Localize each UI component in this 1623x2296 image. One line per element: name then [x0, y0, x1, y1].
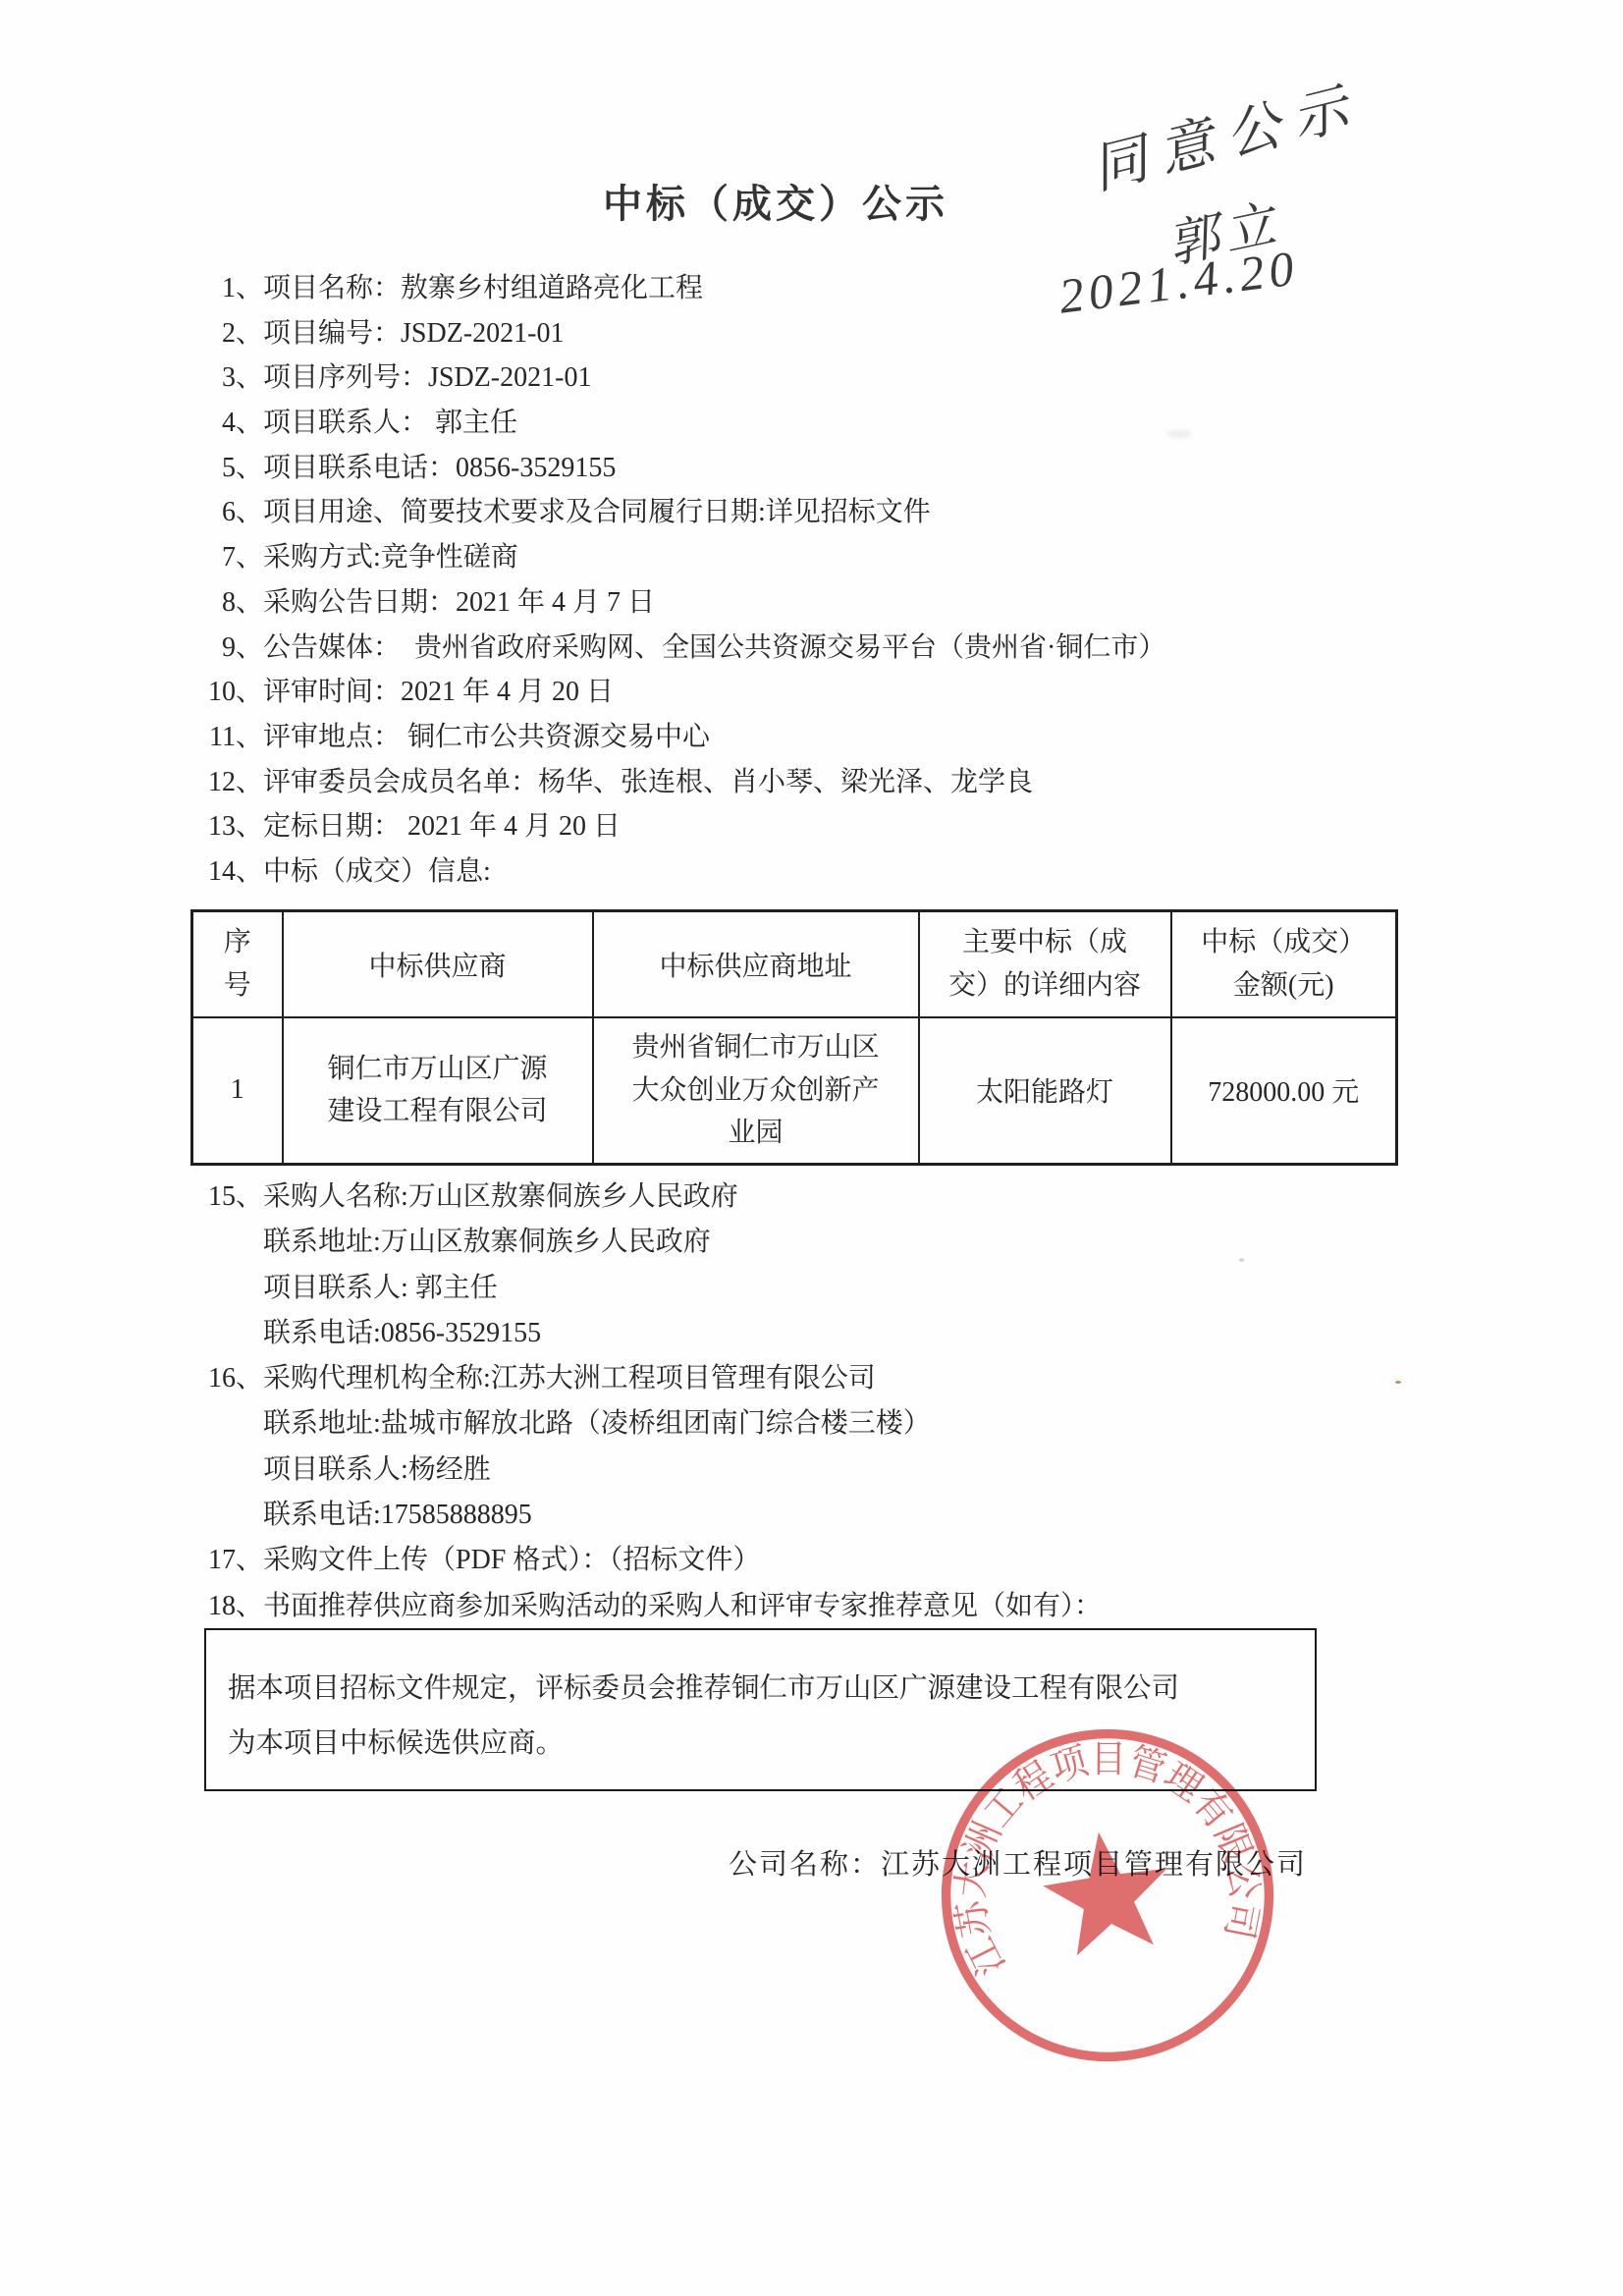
item-number: 13、: [192, 804, 263, 849]
item-number: 7、: [192, 535, 263, 580]
list-subitem: 联系地址:万山区敖寨侗族乡人民政府: [192, 1220, 1102, 1265]
item-number: 4、: [192, 401, 263, 446]
item-text: 中标（成交）信息:: [263, 849, 491, 895]
list-subitem: 联系电话:17585888895: [192, 1493, 1102, 1538]
list-item: 9、公告媒体： 贵州省政府采购网、全国公共资源交易平台（贵州省·铜仁市）: [192, 626, 1165, 671]
item-number: 3、: [192, 355, 263, 401]
scan-smudge: [1166, 430, 1192, 438]
list-item: 14、中标（成交）信息:: [192, 849, 1165, 895]
item-text: 项目联系电话：0856-3529155: [263, 446, 616, 491]
cell-amount: 728000.00 元: [1171, 1017, 1397, 1165]
list-item: 2、项目编号：JSDZ-2021-01: [192, 311, 1165, 356]
list-subitem: 联系电话:0856-3529155: [192, 1311, 1102, 1356]
item-number: 11、: [192, 715, 263, 760]
list-item: 15、采购人名称:万山区敖寨侗族乡人民政府: [192, 1175, 1102, 1220]
list-item: 4、项目联系人： 郭主任: [192, 401, 1165, 446]
info-list-2: 15、采购人名称:万山区敖寨侗族乡人民政府 联系地址:万山区敖寨侗族乡人民政府 …: [192, 1175, 1102, 1629]
item-number: 10、: [192, 670, 263, 715]
header-amount: 中标（成交）金额(元): [1171, 911, 1397, 1017]
list-item: 12、评审委员会成员名单：杨华、张连根、肖小琴、梁光泽、龙学良: [192, 760, 1165, 805]
item-text: 项目序列号：JSDZ-2021-01: [263, 355, 591, 401]
list-subitem: 项目联系人: 郭主任: [192, 1266, 1102, 1311]
list-item: 16、采购代理机构全称:江苏大洲工程项目管理有限公司: [192, 1356, 1102, 1401]
scan-speck: [1395, 1381, 1401, 1384]
item-text: 评审委员会成员名单：杨华、张连根、肖小琴、梁光泽、龙学良: [263, 760, 1033, 805]
item-text: 项目名称：敖寨乡村组道路亮化工程: [263, 266, 703, 311]
seal-star: [1037, 1824, 1177, 1959]
item-number: 12、: [192, 760, 263, 805]
item-text: 采购代理机构全称:江苏大洲工程项目管理有限公司: [263, 1356, 876, 1401]
cell-address: 贵州省铜仁市万山区大众创业万众创新产业园: [593, 1017, 919, 1165]
table-row: 1 铜仁市万山区广源建设工程有限公司 贵州省铜仁市万山区大众创业万众创新产业园 …: [192, 1017, 1397, 1165]
item-text: 采购人名称:万山区敖寨侗族乡人民政府: [263, 1175, 738, 1220]
item-text: 项目用途、简要技术要求及合同履行日期:详见招标文件: [263, 490, 931, 535]
item-text: 采购方式:竞争性磋商: [263, 535, 518, 580]
item-number: 9、: [192, 626, 263, 671]
list-item: 13、定标日期： 2021 年 4 月 20 日: [192, 804, 1165, 849]
item-text: 评审地点： 铜仁市公共资源交易中心: [263, 715, 710, 760]
company-seal: 江苏大洲工程项目管理有限公司: [910, 1698, 1305, 2093]
header-address: 中标供应商地址: [593, 911, 919, 1017]
cell-serial: 1: [192, 1017, 283, 1165]
header-content: 主要中标（成交）的详细内容: [919, 911, 1171, 1017]
item-text: 评审时间：2021 年 4 月 20 日: [263, 670, 614, 715]
list-item: 10、评审时间：2021 年 4 月 20 日: [192, 670, 1165, 715]
list-item: 1、项目名称：敖寨乡村组道路亮化工程: [192, 266, 1165, 311]
list-item: 3、项目序列号：JSDZ-2021-01: [192, 355, 1165, 401]
list-item: 17、采购文件上传（PDF 格式）：（招标文件）: [192, 1538, 1102, 1583]
item-number: 14、: [192, 849, 263, 895]
table-header-row: 序号 中标供应商 中标供应商地址 主要中标（成交）的详细内容 中标（成交）金额(…: [192, 911, 1397, 1017]
cell-content: 太阳能路灯: [919, 1017, 1171, 1165]
item-text: 书面推荐供应商参加采购活动的采购人和评审专家推荐意见（如有）：: [263, 1584, 1102, 1629]
scan-speck: [1239, 1258, 1244, 1262]
item-text: 定标日期： 2021 年 4 月 20 日: [263, 804, 621, 849]
item-number: 1、: [192, 266, 263, 311]
page-title: 中标（成交）公示: [0, 173, 1551, 229]
bid-result-table: 序号 中标供应商 中标供应商地址 主要中标（成交）的详细内容 中标（成交）金额(…: [190, 909, 1398, 1166]
header-serial: 序号: [192, 911, 283, 1017]
list-item: 7、采购方式:竞争性磋商: [192, 535, 1165, 580]
list-item: 5、项目联系电话：0856-3529155: [192, 446, 1165, 491]
item-text: 公告媒体： 贵州省政府采购网、全国公共资源交易平台（贵州省·铜仁市）: [263, 626, 1165, 671]
item-number: 18、: [192, 1584, 263, 1629]
item-text: 项目联系人： 郭主任: [263, 401, 517, 446]
list-subitem: 项目联系人:杨经胜: [192, 1448, 1102, 1493]
info-list: 1、项目名称：敖寨乡村组道路亮化工程 2、项目编号：JSDZ-2021-01 3…: [192, 266, 1165, 895]
page: 中标（成交）公示 同意公示 郭立 2021.4.20 1、项目名称：敖寨乡村组道…: [0, 0, 1623, 2296]
item-text: 采购文件上传（PDF 格式）：（招标文件）: [263, 1538, 760, 1583]
item-number: 15、: [192, 1175, 263, 1220]
list-item: 8、采购公告日期：2021 年 4 月 7 日: [192, 580, 1165, 626]
item-text: 采购公告日期：2021 年 4 月 7 日: [263, 580, 655, 626]
header-supplier: 中标供应商: [283, 911, 593, 1017]
cell-supplier: 铜仁市万山区广源建设工程有限公司: [283, 1017, 593, 1165]
item-number: 2、: [192, 311, 263, 356]
item-text: 项目编号：JSDZ-2021-01: [263, 311, 564, 356]
list-item: 18、书面推荐供应商参加采购活动的采购人和评审专家推荐意见（如有）：: [192, 1584, 1102, 1629]
list-subitem: 联系地址:盐城市解放北路（凌桥组团南门综合楼三楼）: [192, 1401, 1102, 1447]
item-number: 8、: [192, 580, 263, 626]
item-number: 6、: [192, 490, 263, 535]
item-number: 17、: [192, 1538, 263, 1583]
list-item: 11、评审地点： 铜仁市公共资源交易中心: [192, 715, 1165, 760]
list-item: 6、项目用途、简要技术要求及合同履行日期:详见招标文件: [192, 490, 1165, 535]
item-number: 5、: [192, 446, 263, 491]
item-number: 16、: [192, 1356, 263, 1401]
